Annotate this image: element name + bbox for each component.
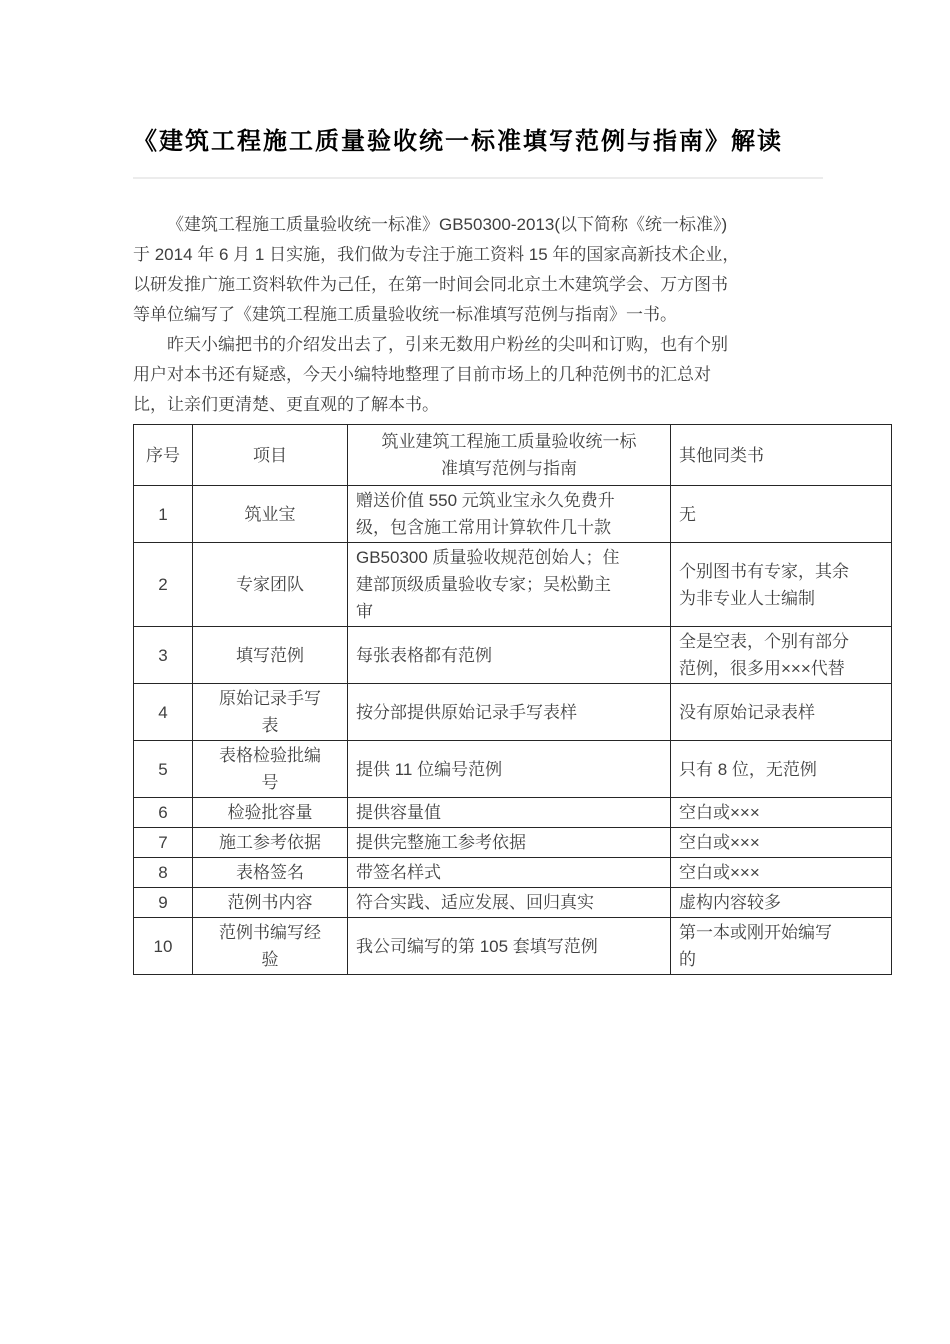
cell-item: 原始记录手写 表: [193, 684, 348, 741]
col-header-serial: 序号: [134, 425, 193, 486]
cell-serial: 5: [134, 741, 193, 798]
comparison-table: 序号 项目 筑业建筑工程施工质量验收统一标 准填写范例与指南 其他同类书 1筑业…: [133, 424, 892, 975]
cell-serial: 1: [134, 486, 193, 543]
cell-serial: 6: [134, 798, 193, 828]
cell-item: 专家团队: [193, 543, 348, 627]
cell-this-book: GB50300 质量验收规范创始人；住 建部顶级质量验收专家；吴松勤主 审: [348, 543, 671, 627]
table-row: 2专家团队GB50300 质量验收规范创始人；住 建部顶级质量验收专家；吴松勤主…: [134, 543, 892, 627]
comparison-table-body: 1筑业宝赠送价值 550 元筑业宝永久免费升 级，包含施工常用计算软件几十款无2…: [134, 486, 892, 975]
cell-serial: 4: [134, 684, 193, 741]
cell-item: 表格签名: [193, 858, 348, 888]
cell-serial: 8: [134, 858, 193, 888]
summary-paragraph: 昨天小编把书的介绍发出去了，引来无数用户粉丝的尖叫和订购，也有个别 用户对本书还…: [133, 330, 823, 420]
document-page: 《建筑工程施工质量验收统一标准填写范例与指南》解读 《建筑工程施工质量验收统一标…: [0, 0, 950, 1344]
table-header-row: 序号 项目 筑业建筑工程施工质量验收统一标 准填写范例与指南 其他同类书: [134, 425, 892, 486]
cell-other-books: 全是空表，个别有部分 范例，很多用×××代替: [671, 627, 892, 684]
cell-item: 填写范例: [193, 627, 348, 684]
table-row: 8表格签名带签名样式空白或×××: [134, 858, 892, 888]
cell-this-book: 赠送价值 550 元筑业宝永久免费升 级，包含施工常用计算软件几十款: [348, 486, 671, 543]
cell-this-book: 按分部提供原始记录手写表样: [348, 684, 671, 741]
table-row: 9范例书内容符合实践、适应发展、回归真实虚构内容较多: [134, 888, 892, 918]
cell-other-books: 第一本或刚开始编写 的: [671, 918, 892, 975]
cell-this-book: 提供容量值: [348, 798, 671, 828]
cell-serial: 9: [134, 888, 193, 918]
cell-item: 施工参考依据: [193, 828, 348, 858]
cell-this-book: 提供完整施工参考依据: [348, 828, 671, 858]
cell-this-book: 每张表格都有范例: [348, 627, 671, 684]
table-row: 1筑业宝赠送价值 550 元筑业宝永久免费升 级，包含施工常用计算软件几十款无: [134, 486, 892, 543]
table-row: 3填写范例每张表格都有范例全是空表，个别有部分 范例，很多用×××代替: [134, 627, 892, 684]
col-header-other-books: 其他同类书: [671, 425, 892, 486]
table-row: 4原始记录手写 表按分部提供原始记录手写表样没有原始记录表样: [134, 684, 892, 741]
cell-other-books: 空白或×××: [671, 798, 892, 828]
cell-this-book: 带签名样式: [348, 858, 671, 888]
title-divider: [133, 177, 823, 179]
cell-other-books: 只有 8 位，无范例: [671, 741, 892, 798]
table-row: 10范例书编写经 验我公司编写的第 105 套填写范例第一本或刚开始编写 的: [134, 918, 892, 975]
intro-paragraph: 《建筑工程施工质量验收统一标准》GB50300-2013(以下简称《统一标准》)…: [133, 210, 823, 330]
page-title: 《建筑工程施工质量验收统一标准填写范例与指南》解读: [133, 126, 823, 158]
col-header-item: 项目: [193, 425, 348, 486]
cell-item: 范例书编写经 验: [193, 918, 348, 975]
cell-item: 表格检验批编 号: [193, 741, 348, 798]
table-row: 6检验批容量提供容量值空白或×××: [134, 798, 892, 828]
cell-other-books: 虚构内容较多: [671, 888, 892, 918]
cell-serial: 3: [134, 627, 193, 684]
cell-other-books: 没有原始记录表样: [671, 684, 892, 741]
cell-item: 检验批容量: [193, 798, 348, 828]
cell-this-book: 提供 11 位编号范例: [348, 741, 671, 798]
col-header-this-book: 筑业建筑工程施工质量验收统一标 准填写范例与指南: [348, 425, 671, 486]
cell-item: 筑业宝: [193, 486, 348, 543]
cell-serial: 10: [134, 918, 193, 975]
cell-serial: 2: [134, 543, 193, 627]
cell-serial: 7: [134, 828, 193, 858]
table-row: 5表格检验批编 号提供 11 位编号范例只有 8 位，无范例: [134, 741, 892, 798]
cell-other-books: 空白或×××: [671, 858, 892, 888]
cell-this-book: 符合实践、适应发展、回归真实: [348, 888, 671, 918]
cell-item: 范例书内容: [193, 888, 348, 918]
table-row: 7施工参考依据提供完整施工参考依据空白或×××: [134, 828, 892, 858]
cell-other-books: 空白或×××: [671, 828, 892, 858]
cell-other-books: 个别图书有专家，其余 为非专业人士编制: [671, 543, 892, 627]
cell-other-books: 无: [671, 486, 892, 543]
cell-this-book: 我公司编写的第 105 套填写范例: [348, 918, 671, 975]
